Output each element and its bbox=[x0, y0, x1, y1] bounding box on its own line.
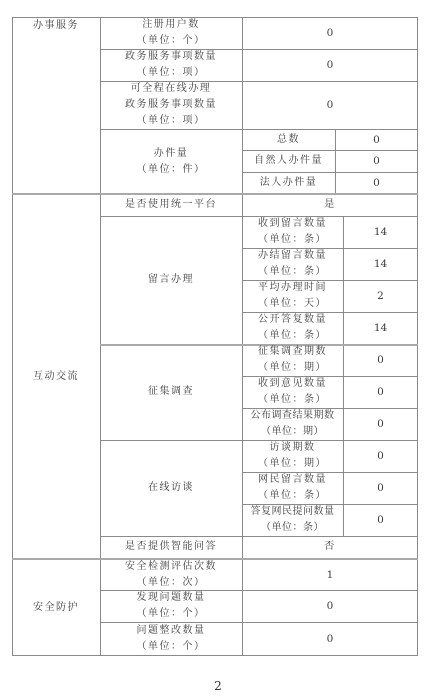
row-label: 公布调查结果期数 bbox=[251, 408, 335, 424]
interview-group-label: 在线访谈 bbox=[100, 440, 242, 536]
row-label: 收到留言数量 bbox=[258, 216, 327, 232]
service-items-label: 政务服务事项数量 （单位：项） bbox=[100, 49, 242, 81]
group-label: 征集调查 bbox=[148, 384, 194, 400]
row-label: 问题整改数量 bbox=[137, 623, 206, 639]
row-value: 0 bbox=[327, 598, 334, 614]
row-label: 办结留言数量 bbox=[258, 248, 327, 264]
row-label: 政务服务事项数量 bbox=[125, 97, 217, 113]
issues-fixed-value: 0 bbox=[242, 622, 418, 655]
opinions-received-label: 收到意见数量 （单位：条） bbox=[242, 376, 343, 408]
row-label: 网民留言数量 bbox=[258, 472, 327, 488]
netizen-replies-value: 0 bbox=[343, 504, 418, 536]
avg-handling-time-label: 平均办理时间 （单位：天） bbox=[242, 280, 343, 312]
messages-group-label: 留言办理 bbox=[100, 216, 242, 344]
row-value: 2 bbox=[377, 288, 384, 304]
row-unit: （单位：项） bbox=[137, 113, 206, 129]
survey-periods-label: 征集调查期数 （单位：期） bbox=[242, 344, 343, 376]
row-value: 0 bbox=[377, 480, 384, 496]
row-value: 0 bbox=[377, 384, 384, 400]
row-label: 公开答复数量 bbox=[258, 312, 327, 328]
row-label: 自然人办件量 bbox=[254, 153, 323, 169]
smart-qa-label: 是否提供智能问答 bbox=[100, 536, 242, 558]
row-label: 政务服务事项数量 bbox=[125, 49, 217, 65]
registered-users-value: 0 bbox=[242, 17, 418, 49]
registered-users-label: 注册用户数 （单位：个） bbox=[100, 17, 242, 49]
section-label: 安全防护 bbox=[33, 600, 79, 616]
row-label: 答复网民提问数量 bbox=[251, 504, 335, 520]
row-label: 是否提供智能问答 bbox=[125, 539, 217, 555]
online-service-items-label: 可全程在线办理 政务服务事项数量 （单位：项） bbox=[100, 81, 242, 129]
row-label: 办件量 bbox=[154, 146, 189, 162]
issues-found-label: 发现问题数量 （单位：个） bbox=[100, 590, 242, 622]
row-unit: （单位：条） bbox=[258, 488, 327, 504]
row-label: 访谈期数 bbox=[270, 440, 316, 456]
row-label: 征集调查期数 bbox=[258, 344, 327, 360]
netizen-messages-label: 网民留言数量 （单位：条） bbox=[242, 472, 343, 504]
unified-platform-value: 是 bbox=[242, 194, 418, 216]
opinions-received-value: 0 bbox=[343, 376, 418, 408]
row-unit: （单位：期） bbox=[258, 456, 327, 472]
row-value: 0 bbox=[373, 175, 380, 191]
statistics-table: 办事服务 注册用户数 （单位：个） 0 政务服务事项数量 （单位：项） 0 可全… bbox=[12, 17, 418, 656]
messages-closed-label: 办结留言数量 （单位：条） bbox=[242, 248, 343, 280]
page-number: 2 bbox=[0, 679, 436, 693]
row-label: 总数 bbox=[277, 132, 300, 148]
messages-received-label: 收到留言数量 （单位：条） bbox=[242, 216, 343, 248]
security-assessments-value: 1 bbox=[242, 559, 418, 590]
row-unit: （单位：项） bbox=[137, 65, 206, 81]
issues-found-value: 0 bbox=[242, 590, 418, 622]
cases-total-value: 0 bbox=[335, 129, 418, 150]
row-label: 可全程在线办理 bbox=[131, 81, 212, 97]
issues-fixed-label: 问题整改数量 （单位：个） bbox=[100, 622, 242, 655]
survey-periods-value: 0 bbox=[343, 344, 418, 376]
row-unit: （单位：次） bbox=[137, 575, 206, 591]
online-service-items-value: 0 bbox=[242, 81, 418, 129]
survey-group-label: 征集调查 bbox=[100, 344, 242, 440]
row-unit: （单位：条） bbox=[258, 392, 327, 408]
row-value: 0 bbox=[373, 153, 380, 169]
row-value: 否 bbox=[324, 539, 336, 555]
row-label: 平均办理时间 bbox=[258, 280, 327, 296]
row-unit: （单位：个） bbox=[137, 33, 206, 49]
row-value: 14 bbox=[374, 320, 387, 336]
survey-results-published-label: 公布调查结果期数 （单位：期） bbox=[242, 408, 343, 440]
cases-label: 办件量 （单位：件） bbox=[100, 129, 242, 194]
section-label: 互动交流 bbox=[33, 369, 79, 385]
group-label: 在线访谈 bbox=[148, 480, 194, 496]
row-value: 0 bbox=[373, 132, 380, 148]
survey-results-published-value: 0 bbox=[343, 408, 418, 440]
cases-legal-person-label: 法人办件量 bbox=[242, 172, 335, 194]
row-value: 0 bbox=[327, 57, 334, 73]
row-label: 法人办件量 bbox=[260, 175, 318, 191]
interview-periods-label: 访谈期数 （单位：期） bbox=[242, 440, 343, 472]
row-unit: （单位：条） bbox=[258, 232, 327, 248]
row-value: 0 bbox=[327, 97, 334, 113]
row-value: 0 bbox=[327, 631, 334, 647]
cases-legal-person-value: 0 bbox=[335, 172, 418, 194]
row-value: 1 bbox=[327, 567, 334, 583]
row-label: 发现问题数量 bbox=[137, 590, 206, 606]
row-value: 0 bbox=[377, 352, 384, 368]
smart-qa-value: 否 bbox=[242, 536, 418, 558]
unified-platform-label: 是否使用统一平台 bbox=[100, 194, 242, 216]
row-unit: （单位：期） bbox=[258, 360, 327, 376]
section-interaction-header: 互动交流 bbox=[12, 194, 100, 559]
public-replies-label: 公开答复数量 （单位：条） bbox=[242, 312, 343, 344]
row-value: 0 bbox=[377, 512, 384, 528]
row-unit: （单位：个） bbox=[137, 639, 206, 655]
messages-received-value: 14 bbox=[343, 216, 418, 248]
cases-natural-person-label: 自然人办件量 bbox=[242, 150, 335, 172]
row-unit: （单位：件） bbox=[137, 162, 206, 178]
row-unit: （单位：期） bbox=[261, 424, 324, 440]
cases-total-label: 总数 bbox=[242, 129, 335, 150]
row-label: 安全检测评估次数 bbox=[125, 559, 217, 575]
service-items-value: 0 bbox=[242, 49, 418, 81]
row-value: 0 bbox=[377, 448, 384, 464]
section-label: 办事服务 bbox=[33, 18, 79, 34]
row-label: 收到意见数量 bbox=[258, 376, 327, 392]
netizen-replies-label: 答复网民提问数量 （单位：条） bbox=[242, 504, 343, 536]
row-value: 是 bbox=[324, 197, 336, 213]
interview-periods-value: 0 bbox=[343, 440, 418, 472]
messages-closed-value: 14 bbox=[343, 248, 418, 280]
row-value: 0 bbox=[327, 25, 334, 41]
avg-handling-time-value: 2 bbox=[343, 280, 418, 312]
row-label: 注册用户数 bbox=[142, 17, 200, 33]
row-value: 14 bbox=[374, 224, 387, 240]
row-unit: （单位：条） bbox=[258, 328, 327, 344]
section-security-header: 安全防护 bbox=[12, 559, 100, 656]
row-value: 14 bbox=[374, 256, 387, 272]
public-replies-value: 14 bbox=[343, 312, 418, 344]
row-unit: （单位：天） bbox=[258, 296, 327, 312]
row-unit: （单位：条） bbox=[258, 264, 327, 280]
row-label: 是否使用统一平台 bbox=[125, 197, 217, 213]
row-value: 0 bbox=[377, 416, 384, 432]
row-unit: （单位：个） bbox=[137, 606, 206, 622]
netizen-messages-value: 0 bbox=[343, 472, 418, 504]
cases-natural-person-value: 0 bbox=[335, 150, 418, 172]
group-label: 留言办理 bbox=[148, 272, 194, 288]
row-unit: （单位：条） bbox=[261, 520, 324, 536]
section-service-header: 办事服务 bbox=[12, 17, 100, 194]
security-assessments-label: 安全检测评估次数 （单位：次） bbox=[100, 559, 242, 590]
